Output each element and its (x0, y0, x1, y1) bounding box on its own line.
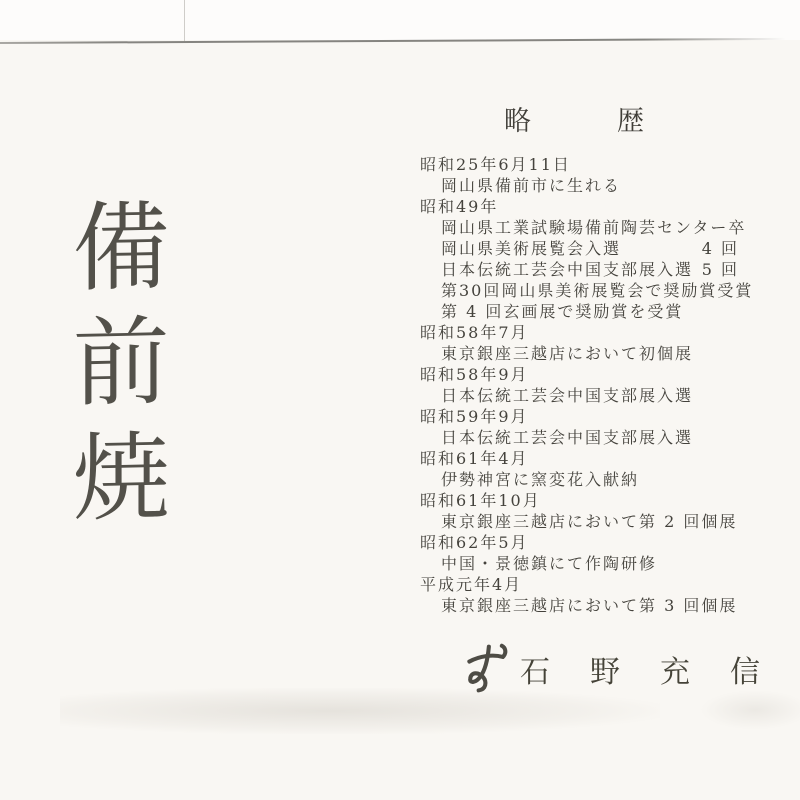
scan-crease-line (184, 0, 185, 41)
resume-detail: 東京銀座三越店において第 2 回個展 (441, 511, 739, 532)
resume-detail: 伊勢神宮に窯変花入献納 (441, 469, 739, 490)
resume-detail: 岡山県美術展覧会入選4 回 (441, 238, 739, 259)
resume-detail: 第30回岡山県美術展覧会で奨励賞受賞 (441, 280, 739, 301)
kao-signature-mark (461, 640, 513, 698)
resume-date: 昭和61年4月 (420, 448, 746, 469)
resume-detail: 岡山県備前市に生れる (441, 175, 739, 196)
resume-detail-text: 日本伝統工芸会中国支部展入選 (441, 427, 693, 448)
resume-detail: 岡山県工業試験場備前陶芸センター卒 (441, 217, 739, 238)
scanned-page: 備前焼 略歴 昭和25年6月11日岡山県備前市に生れる昭和49年岡山県工業試験場… (0, 0, 800, 800)
resume-detail: 中国・景徳鎮にて作陶研修 (441, 553, 739, 574)
resume-detail-count: 5 回 (702, 259, 739, 280)
resume-detail-text: 岡山県備前市に生れる (441, 175, 621, 196)
page-title: 略歴 (504, 99, 730, 138)
resume-date: 昭和49年 (420, 196, 746, 217)
resume-detail-text: 日本伝統工芸会中国支部展入選 (441, 259, 693, 280)
scan-top-margin (0, 0, 800, 40)
resume-date: 昭和59年9月 (420, 406, 746, 427)
resume-detail: 日本伝統工芸会中国支部展入選 (441, 385, 739, 406)
resume-detail-text: 伊勢神宮に窯変花入献納 (441, 469, 639, 490)
resume-detail-text: 岡山県工業試験場備前陶芸センター卒 (441, 217, 746, 238)
signature-name: 石野充信 (520, 647, 800, 691)
scan-smudge (700, 690, 800, 730)
resume-detail-count: 4 回 (702, 238, 739, 259)
resume-detail: 日本伝統工芸会中国支部展入選5 回 (441, 259, 739, 280)
resume-detail-text: 東京銀座三越店において第 3 回個展 (441, 595, 737, 616)
resume-detail-text: 第 4 回玄画展で奨励賞を受賞 (441, 301, 683, 322)
resume-detail-text: 岡山県美術展覧会入選 (441, 238, 621, 259)
resume-date: 昭和58年9月 (420, 364, 746, 385)
resume-detail-text: 東京銀座三越店において初個展 (441, 343, 693, 364)
resume-list: 昭和25年6月11日岡山県備前市に生れる昭和49年岡山県工業試験場備前陶芸センタ… (420, 154, 746, 616)
resume-detail: 第 4 回玄画展で奨励賞を受賞 (441, 301, 739, 322)
resume-date: 昭和25年6月11日 (420, 154, 746, 175)
resume-date: 昭和62年5月 (420, 532, 746, 553)
resume-detail: 東京銀座三越店において第 3 回個展 (441, 595, 739, 616)
resume-date: 平成元年4月 (420, 574, 746, 595)
scan-smudge (60, 688, 660, 734)
resume-detail-text: 中国・景徳鎮にて作陶研修 (441, 553, 657, 574)
resume-detail: 日本伝統工芸会中国支部展入選 (441, 427, 739, 448)
resume-detail: 東京銀座三越店において初個展 (441, 343, 739, 364)
resume-detail-text: 東京銀座三越店において第 2 回個展 (441, 511, 737, 532)
resume-detail-text: 第30回岡山県美術展覧会で奨励賞受賞 (441, 280, 753, 301)
resume-date: 昭和61年10月 (420, 490, 746, 511)
resume-detail-text: 日本伝統工芸会中国支部展入選 (441, 385, 693, 406)
calligraphy-bizen-yaki: 備前焼 (64, 195, 161, 547)
resume-date: 昭和58年7月 (420, 322, 746, 343)
